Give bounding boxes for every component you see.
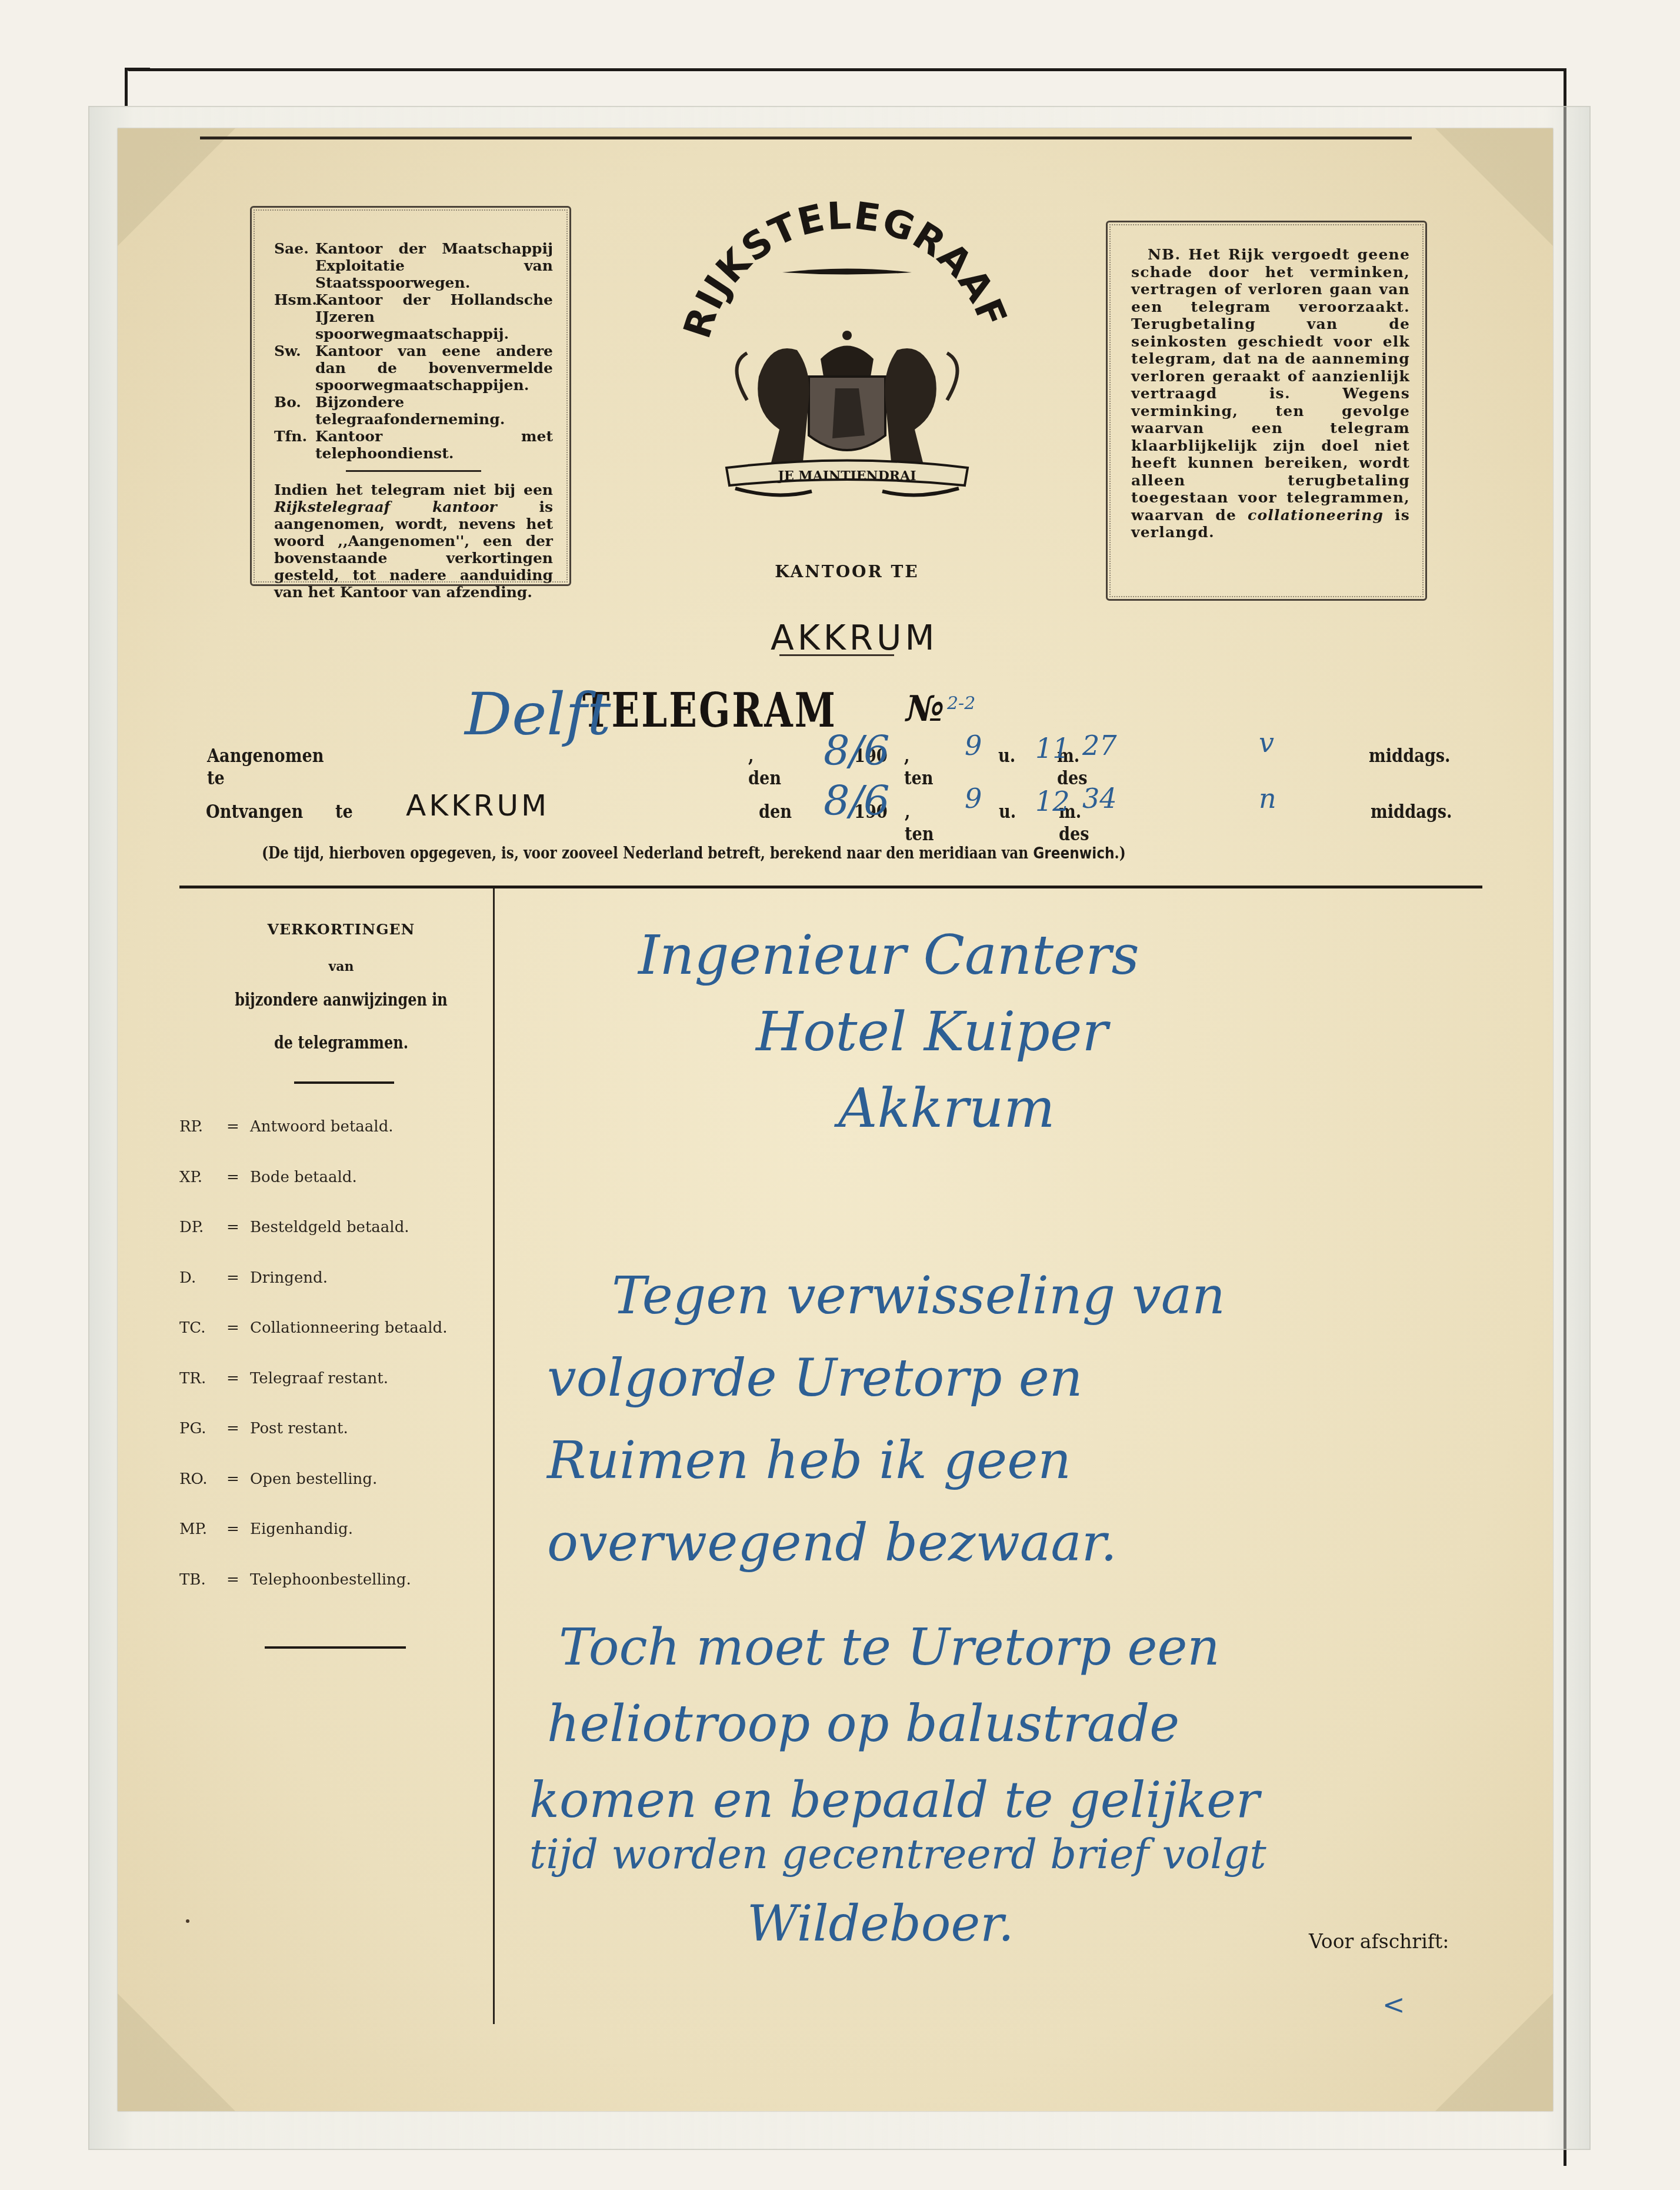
- office-abbreviation: Bo.Bijzondere telegraafonderneming.: [274, 394, 553, 428]
- message-line: Ingenieur Canters: [638, 924, 1139, 987]
- received-date: 8/6: [824, 777, 890, 825]
- legend-item: TR.=Telegraaf restant.: [179, 1370, 485, 1420]
- legend-item: XP.=Bode betaald.: [179, 1169, 485, 1219]
- time-footnote: (De tijd, hierboven opgegeven, is, voor …: [262, 844, 1126, 863]
- legend-item: MP.=Eigenhandig.: [179, 1520, 485, 1571]
- office-abbreviations-box: Sae.Kantoor der Maatschappij Exploitatie…: [250, 206, 571, 586]
- office-abbreviation: Sae.Kantoor der Maatschappij Exploitatie…: [274, 240, 553, 291]
- column-divider: [493, 888, 495, 2024]
- message-line: heliotroop op balustrade: [547, 1695, 1179, 1753]
- message-line: Wildeboer.: [747, 1895, 1014, 1952]
- legend-divider: [294, 1081, 394, 1084]
- received-year-digit: 9: [965, 783, 982, 814]
- liability-notice-box: NB. Het Rijk vergoedt geene schade door …: [1106, 221, 1427, 601]
- accepted-place: Delft: [465, 680, 611, 748]
- message-line: tijd worden gecentreerd brief volgt: [529, 1830, 1266, 1878]
- royal-emblem: RIJKSTELEGRAAF. JE MAINTIENDRAI: [671, 200, 1024, 530]
- office-label: KANTOOR TE: [753, 562, 941, 581]
- top-rule: [200, 137, 1412, 139]
- accepted-date: 8/6: [824, 727, 890, 775]
- paper-spot: [186, 1919, 189, 1923]
- accepted-year-digit: 9: [965, 730, 982, 761]
- office-note: Indien het telegram niet bij een Rijkste…: [274, 481, 553, 601]
- legend-item: DP.=Besteldgeld betaald.: [179, 1219, 485, 1269]
- number-label: №: [906, 688, 944, 730]
- accepted-part-of-day: v: [1259, 727, 1274, 758]
- legend-item: RO.=Open bestelling.: [179, 1470, 485, 1521]
- message-line: Hotel Kuiper: [756, 1000, 1108, 1063]
- nb-lead: NB.: [1148, 246, 1181, 263]
- legend-title: VERKORTINGEN: [200, 921, 482, 938]
- legend-item: PG.=Post restant.: [179, 1420, 485, 1470]
- coat-of-arms-icon: RIJKSTELEGRAAF. JE MAINTIENDRAI: [671, 200, 1024, 530]
- copy-label: Voor afschrift:: [1309, 1930, 1449, 1953]
- received-part-of-day: n: [1259, 783, 1276, 814]
- legend-item: TC.=Collationneering betaald.: [179, 1319, 485, 1370]
- accepted-minutes: 27: [1082, 730, 1117, 761]
- received-place: AKKRUM: [406, 788, 549, 823]
- message-line: Ruimen heb ik geen: [547, 1430, 1071, 1490]
- svg-text:JE MAINTIENDRAI: JE MAINTIENDRAI: [777, 468, 916, 484]
- copy-mark: <: [1382, 1989, 1405, 2021]
- message-line: volgorde Uretorp en: [547, 1347, 1082, 1408]
- telegram-title: TELEGRAM: [582, 683, 837, 738]
- album-frame-notch: [125, 68, 150, 106]
- office-abbreviation: Tfn.Kantoor met telephoondienst.: [274, 428, 553, 462]
- header-divider: [179, 886, 1482, 888]
- accepted-label: Aangenomen te: [207, 744, 324, 789]
- legend-end-divider: [265, 1646, 406, 1649]
- received-hour: 12: [1035, 786, 1070, 817]
- received-minutes: 34: [1082, 783, 1117, 814]
- message-line: Akkrum: [838, 1077, 1055, 1140]
- office-abbreviation: Sw.Kantoor van eene andere dan de bovenv…: [274, 342, 553, 394]
- office-abbreviation: Hsm.Kantoor der Hollandsche IJzeren spoo…: [274, 291, 553, 342]
- legend-item: D.=Dringend.: [179, 1269, 485, 1320]
- message-line: Tegen verwisseling van: [612, 1265, 1225, 1326]
- received-label: Ontvangen: [206, 800, 303, 823]
- instruction-abbreviation-list: RP.=Antwoord betaald.XP.=Bode betaald.DP…: [179, 1118, 485, 1621]
- message-line: komen en bepaald te gelijker: [529, 1771, 1259, 1829]
- office-stamp: AKKRUM: [771, 618, 938, 658]
- legend-item: RP.=Antwoord betaald.: [179, 1118, 485, 1169]
- legend-item: TB.=Telephoonbestelling.: [179, 1571, 485, 1622]
- accepted-hour: 11: [1035, 733, 1070, 764]
- office-stamp-underline: [779, 654, 894, 656]
- telegram-number: 2-2: [947, 693, 975, 714]
- office-abbreviation-list: Sae.Kantoor der Maatschappij Exploitatie…: [274, 240, 553, 462]
- message-line: Toch moet te Uretorp een: [559, 1618, 1220, 1677]
- message-line: overwegend bezwaar.: [547, 1512, 1117, 1573]
- box-divider: [346, 470, 481, 472]
